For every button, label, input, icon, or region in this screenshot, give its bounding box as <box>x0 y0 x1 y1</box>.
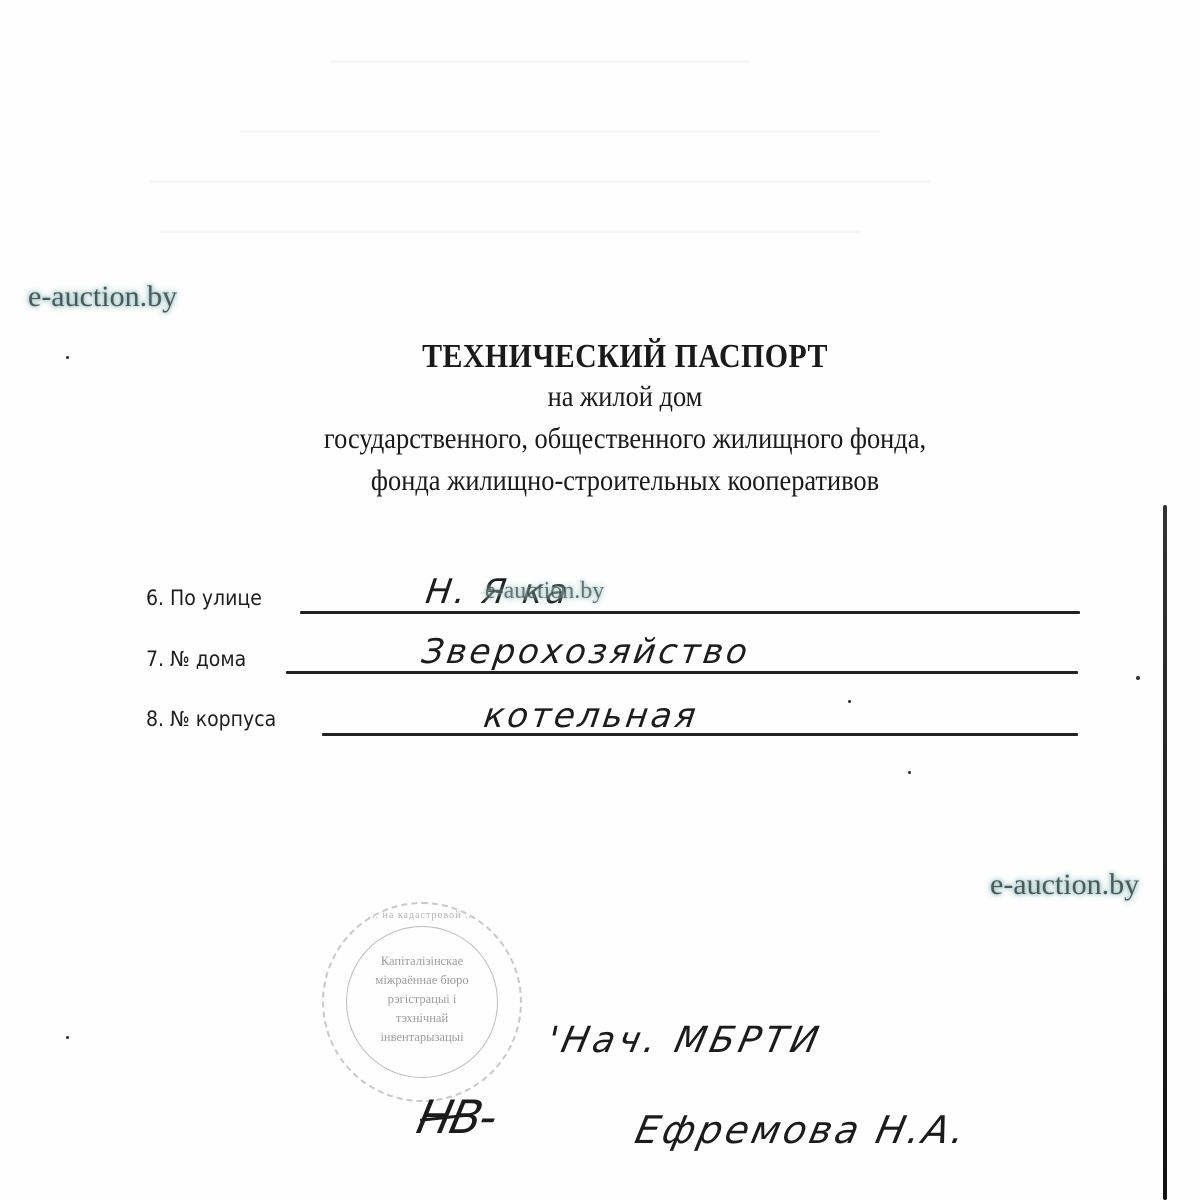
field-label: 7. № дома <box>146 647 246 671</box>
scan-ghost <box>150 180 930 183</box>
title-block: ТЕХНИЧЕСКИЙ ПАСПОРТ на жилой дом государ… <box>0 338 1200 502</box>
subtitle-line: на жилой дом <box>75 376 1175 418</box>
scan-speck <box>1136 676 1140 680</box>
document-page: e-auction.by ТЕХНИЧЕСКИЙ ПАСПОРТ на жило… <box>0 0 1200 1200</box>
field-value: Зверохозяйство <box>419 632 753 672</box>
field-underline <box>322 733 1078 736</box>
stamp-line: міжраённае бюро <box>324 971 520 990</box>
watermark: e-auction.by <box>990 868 1139 902</box>
scan-ghost <box>330 60 750 63</box>
stamp-line: інвентарызацыі <box>324 1028 520 1047</box>
stamp-ring-text: ... на кадастровой ... <box>324 910 520 921</box>
scan-speck <box>848 700 851 703</box>
signatory-title: 'Нач. МБРТИ <box>544 1020 826 1061</box>
signatory-name: Ефремова Н.А. <box>631 1108 972 1152</box>
field-underline <box>300 611 1080 614</box>
scan-speck <box>908 771 911 774</box>
page-edge-rule <box>1163 505 1167 1200</box>
field-building: 8. № корпуса котельная <box>0 0 1200 60</box>
document-title: ТЕХНИЧЕСКИЙ ПАСПОРТ <box>75 338 1175 376</box>
subtitle-line: государственного, общественного жилищног… <box>75 418 1175 460</box>
stamp-text: Капіталізінскае міжраённае бюро рэгістра… <box>324 952 520 1047</box>
scan-ghost <box>160 230 860 233</box>
stamp-line: рэгістрацыі і <box>324 990 520 1009</box>
stamp-line: Капіталізінскае <box>324 952 520 971</box>
field-label: 6. По улице <box>146 586 262 610</box>
scan-speck <box>66 356 69 359</box>
official-stamp: ... на кадастровой ... Капіталізінскае м… <box>322 902 522 1102</box>
watermark: e-auction.by <box>28 280 177 314</box>
scan-ghost <box>240 130 880 133</box>
scan-speck <box>66 1036 69 1039</box>
field-value: котельная <box>481 696 701 736</box>
watermark-inline: e-auction.by <box>485 578 604 605</box>
stamp-line: тэхнічнай <box>324 1009 520 1028</box>
subtitle-line: фонда жилищно-строительных кооперативов <box>75 460 1175 502</box>
field-label: 8. № корпуса <box>146 707 276 731</box>
